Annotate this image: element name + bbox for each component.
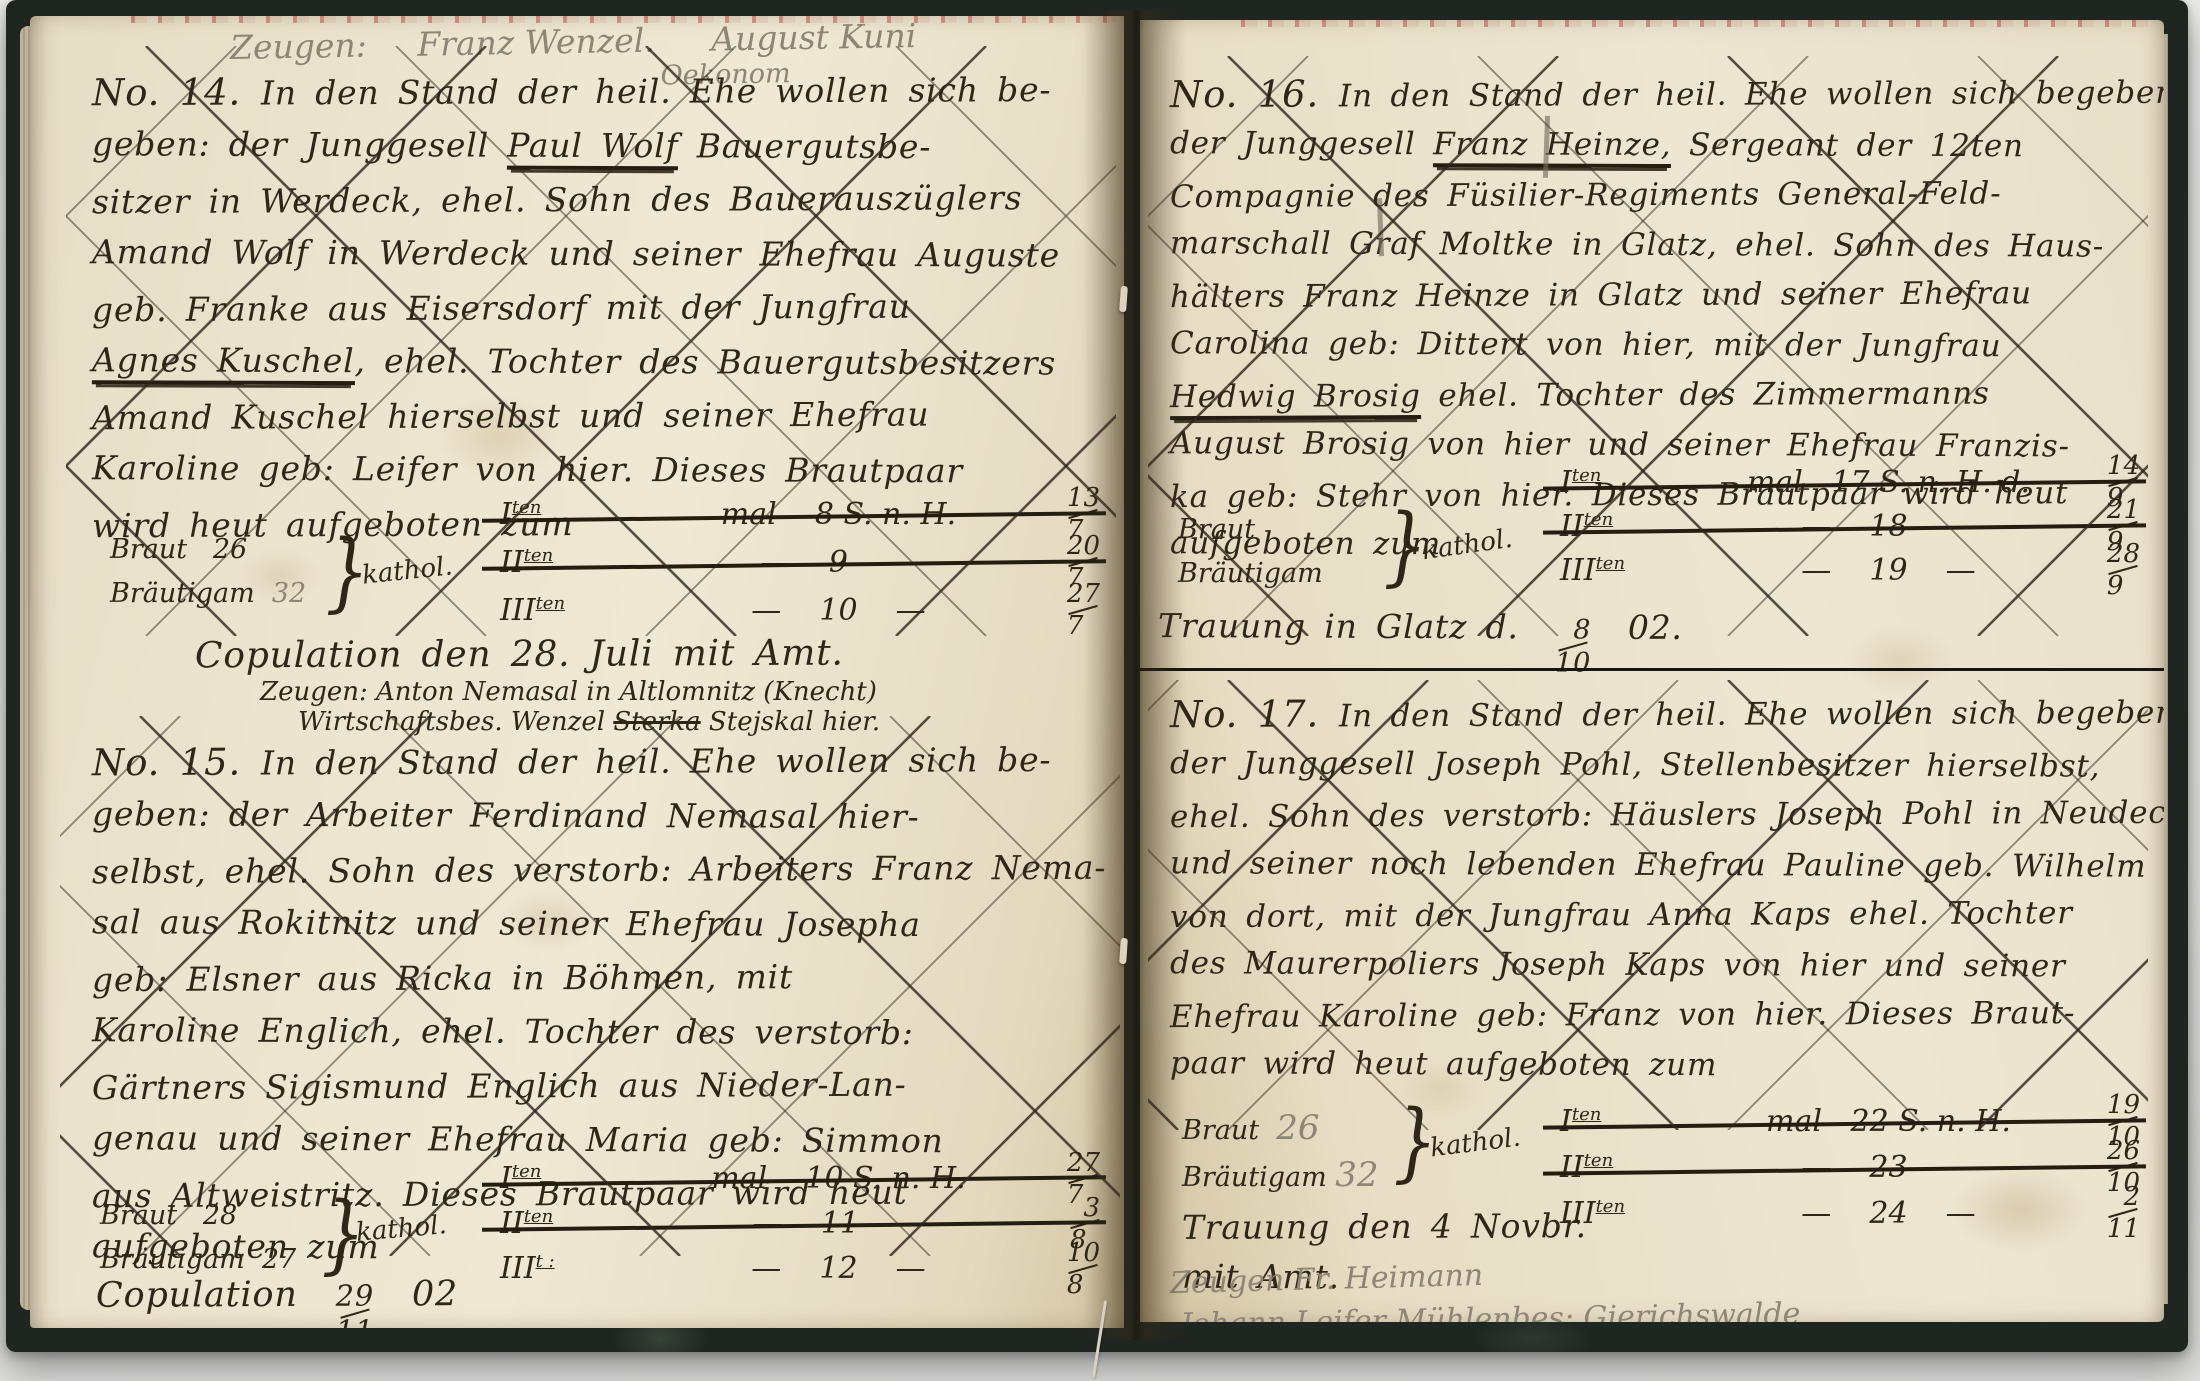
entry-14-witness-1: Zeugen: Anton Nemasal in Altlomnitz (Kne… [260,676,877,708]
right-page: No. 16.In den Stand der heil. Ehe wollen… [1140,20,2164,1322]
groom-age: Bräutigam [1178,552,1331,596]
entry-16-line-2: der Junggesell Franz Heinze, Sergeant de… [1170,118,2154,171]
pencil-header-b: Franz Wenzel. [417,21,655,64]
pencil-bracket-2 [1377,198,1392,256]
banns-row-2: IIten — 18 — 219 [1560,504,2140,548]
entry-17-line-1: No. 17.In den Stand der heil. Ehe wollen… [1170,686,2154,742]
entry-16-wedding: Trauung in Glatz d. 810 02. [1158,601,1683,677]
groom-name-underlined: Paul Wolf [507,126,678,171]
entry-14-line-3: sitzer in Werdeck, ehel. Sohn des Bauera… [92,171,1110,229]
bride-name-underlined: Hedwig Brosig [1170,378,1421,420]
groom-age: Bräutigam 32 [1182,1153,1379,1200]
entry-17-line-5: von dort, mit der Jungfrau Anna Kaps ehe… [1170,888,2154,942]
entry-15-line-3: selbst, ehel. Sohn des verstorb: Arbeite… [92,841,1110,899]
entry-17-line-8: paar wird heut aufgeboten zum [1170,1038,2154,1091]
pencil-header-a: Zeugen: [230,26,367,67]
banns-row-2: IIten — 9 — 207 [500,538,1100,586]
entry-14-banns-table: Iten mal 8 S. n. H. 137 IIten — 9 — 207 … [500,490,1100,634]
groom-age: Bräutigam 32 [110,572,306,616]
entry-14-line-2: geben: der Junggesell Paul Wolf Bauergut… [92,117,1110,175]
entry-15-line-4: sal aus Rokitnitz und seiner Ehefrau Jos… [92,895,1110,953]
entry-14-line-4: Amand Wolf in Werdeck und seiner Ehefrau… [92,225,1110,283]
entry-14: No. 14.In den Stand der heil. Ehe wollen… [92,64,1110,551]
entry-number: No. 15. [92,741,241,785]
groom-age-pencil: 32 [1335,1155,1378,1195]
date-fraction: 277 [1067,581,1100,639]
entry-16-line-6: Carolina geb: Dittert von hier, mit der … [1170,318,2154,371]
banns-row-3: IIIten — 19 — 289 [1560,548,2140,592]
pencil-bracket-1 [1543,116,1558,178]
entry-17-pencil-witness-1: Zeugen Fr. Heimann [1170,1258,1484,1301]
entry-16-line-7: Hedwig Brosig ehel. Tochter des Zimmerma… [1170,368,2154,422]
entry-16-line-5: hälters Franz Heinze in Glatz und seiner… [1170,268,2154,322]
date-fraction: 289 [2107,541,2140,599]
entry-14-ages: Braut 26 Bräutigam 32 } kathol. [110,528,306,616]
bride-age: Braut 26 [1182,1106,1379,1153]
entry-17-line-2: der Junggesell Joseph Pohl, Stellenbesit… [1170,738,2154,791]
bride-age: Braut [1178,508,1331,552]
bride-name-underlined: Agnes Kuschel [92,340,355,385]
entry-16-line-3: Compagnie des Füsilier-Regiments General… [1170,168,2154,222]
bride-age: Braut 26 [110,528,306,572]
entry-divider [1140,668,2164,671]
entry-number: No. 14. [92,71,241,115]
banns-row-3: IIIt : — 12 — 108 [500,1246,1100,1291]
groom-age-pencil: 32 [272,578,306,609]
struck-word: Sterka [613,707,700,737]
banns-row-1: Iten mal 22 S. n. H. 1910 [1560,1098,2140,1144]
entry-15-banns-table: Iten mal 10 S. n. H. 277 IIten — 11 — 38… [500,1156,1100,1291]
entry-14-line-5: geb. Franke aus Eisersdorf mit der Jungf… [92,279,1110,337]
entry-17-line-4: und seiner noch lebenden Ehefrau Pauline… [1170,838,2154,891]
left-page: Zeugen: Franz Wenzel. August Kuni Oekono… [30,16,1124,1328]
entry-number: No. 16. [1170,72,1319,116]
entry-15-line-7: Gärtners Sigismund Englich aus Nieder-La… [92,1057,1110,1115]
scene: Zeugen: Franz Wenzel. August Kuni Oekono… [0,0,2200,1381]
entry-17: No. 17.In den Stand der heil. Ehe wollen… [1170,688,2154,1090]
entry-15-line-6: Karoline Englich, ehel. Tochter des vers… [92,1003,1110,1061]
banns-row-1: Iten mal 10 S. n. H. 277 [500,1156,1100,1201]
entry-15-line-5: geb: Elsner aus Ricka in Böhmen, mit [92,949,1110,1007]
entry-14-line-7: Amand Kuschel hierselbst und seiner Ehef… [92,387,1110,445]
bride-age: Braut 28 [100,1194,296,1238]
registry-book-scan: { "document_type": "Handwritten German m… [0,0,2200,1381]
entry-15-line-1: No. 15.In den Stand der heil. Ehe wollen… [92,732,1110,791]
entry-17-line-6: des Maurerpoliers Joseph Kaps von hier u… [1170,938,2154,991]
banns-row-3: IIIten — 24 — 211 [1560,1190,2140,1236]
date-fraction: 211 [2107,1184,2140,1242]
entry-16-banns-table: Iten mal 17 S. n. H. d. 149 IIten — 18 —… [1560,460,2140,592]
entry-15-line-2: geben: der Arbeiter Ferdinand Nemasal hi… [92,787,1110,845]
bride-age-pencil: 26 [1276,1108,1319,1148]
date-fraction: 2911 [335,1282,374,1328]
banns-row-1: Iten mal 17 S. n. H. d. 149 [1560,460,2140,504]
religion-label: kathol. [1429,1123,1523,1164]
entry-16-line-4: marschall Graf Moltke in Glatz, ehel. So… [1170,218,2154,271]
banns-row-1: Iten mal 8 S. n. H. 137 [500,490,1100,538]
religion-label: kathol. [361,551,454,590]
entry-17-line-7: Ehefrau Karoline geb: Franz von hier. Di… [1170,988,2154,1042]
entry-17-wedding-line-1: Trauung den 4 Novbr. [1182,1201,1587,1253]
pencil-header-witnesses: Zeugen: Franz Wenzel. August Kuni Oekono… [230,16,917,67]
pencil-header-c: August Kuni [711,16,917,59]
date-fraction: 108 [1067,1240,1100,1298]
entry-17-line-3: ehel. Sohn des verstorb: Häuslers Joseph… [1170,788,2154,842]
banns-row-2: IIten — 23 — 2610 [1560,1144,2140,1190]
ages-brace: } [1383,496,1427,596]
entry-14-copulation: Copulation den 28. Juli mit Amt. [195,627,844,684]
entry-16-line-1: No. 16.In den Stand der heil. Ehe wollen… [1170,66,2154,122]
entry-number: No. 17. [1170,692,1319,736]
banns-row-2: IIten — 11 — 38 [500,1201,1100,1246]
entry-16-ages: Braut Bräutigam } kathol. [1178,508,1331,596]
entry-17-ages: Braut 26 Bräutigam 32 } kathol. [1182,1106,1379,1200]
entry-14-line-6: Agnes Kuschel, ehel. Tochter des Bauergu… [92,333,1110,391]
entry-17-banns-table: Iten mal 22 S. n. H. 1910 IIten — 23 — 2… [1560,1098,2140,1236]
entry-15-copulation: Copulation 2911 02 [96,1267,458,1328]
entry-14-line-1: No. 14.In den Stand der heil. Ehe wollen… [92,62,1110,121]
